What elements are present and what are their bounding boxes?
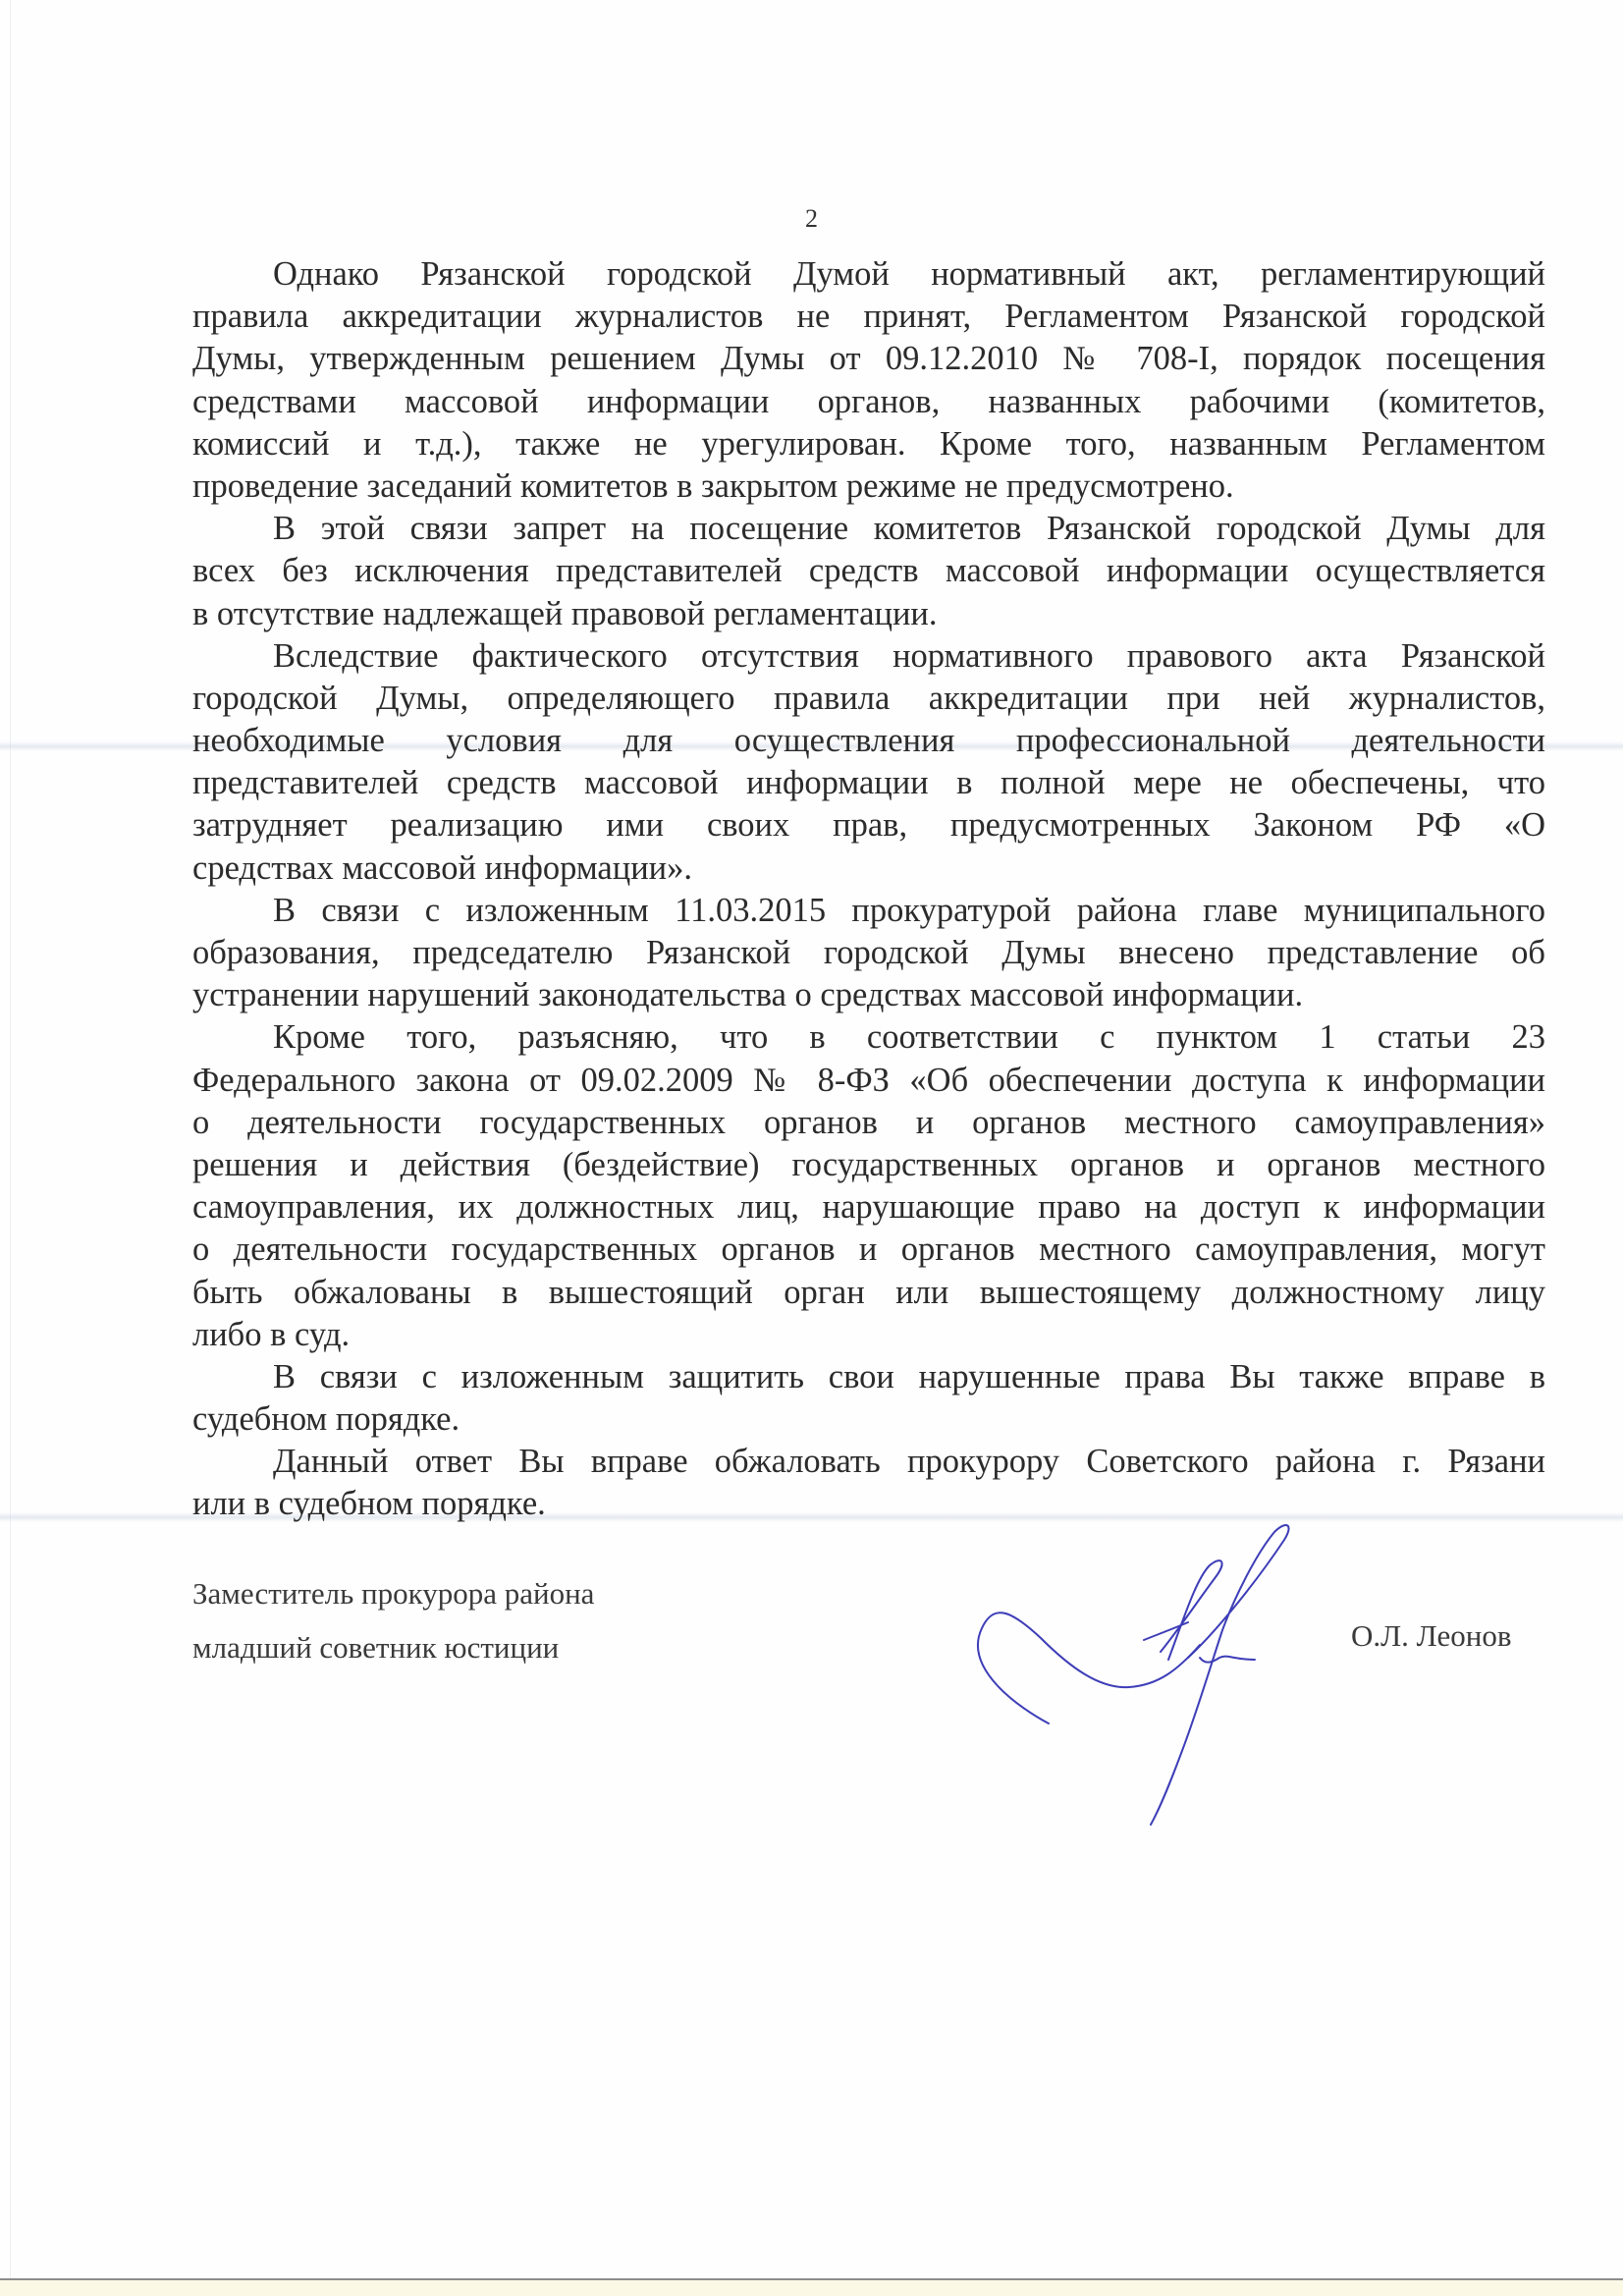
paragraph-line: необходимые условия для осуществления пр… <box>192 720 1545 762</box>
page-number: 2 <box>0 204 1623 234</box>
paragraph-line: средствами массовой информации органов, … <box>192 381 1545 423</box>
paragraph-line: или в судебном порядке. <box>192 1483 1545 1525</box>
paragraph-line: всех без исключения представителей средс… <box>192 550 1545 592</box>
paragraph-first-line: Данный ответ Вы вправе обжаловать прокур… <box>192 1441 1545 1483</box>
signer-rank: младший советник юстиции <box>192 1630 559 1666</box>
letter-body: Однако Рязанской городской Думой нормати… <box>192 253 1545 1526</box>
paragraph-line: о деятельности государственных органов и… <box>192 1102 1545 1144</box>
paragraph-line: о деятельности государственных органов и… <box>192 1229 1545 1271</box>
paragraph-first-line: Кроме того, разъясняю, что в соответстви… <box>192 1016 1545 1059</box>
paragraph-line: правила аккредитации журналистов не прин… <box>192 296 1545 338</box>
paragraph-first-line: В связи с изложенным защитить свои наруш… <box>192 1356 1545 1398</box>
scan-edge <box>10 0 11 2278</box>
paragraph-first-line: В связи с изложенным 11.03.2015 прокурат… <box>192 890 1545 932</box>
scan-bottom-strip <box>0 2280 1623 2296</box>
paragraph-line: затрудняет реализацию ими своих прав, пр… <box>192 804 1545 847</box>
paragraph-line: в отсутствие надлежащей правовой регламе… <box>192 593 1545 635</box>
paragraph-first-line: Вследствие фактического отсутствия норма… <box>192 635 1545 678</box>
paragraph-line: проведение заседаний комитетов в закрыто… <box>192 465 1545 508</box>
handwritten-signature <box>943 1512 1296 1836</box>
signer-position: Заместитель прокурора района <box>192 1576 594 1612</box>
paragraph-line: быть обжалованы в вышестоящий орган или … <box>192 1272 1545 1314</box>
paragraph-line: городской Думы, определяющего правила ак… <box>192 678 1545 720</box>
paragraph-line: либо в суд. <box>192 1314 1545 1356</box>
paragraph-line: решения и действия (бездействие) государ… <box>192 1144 1545 1186</box>
paragraph-line: средствах массовой информации». <box>192 847 1545 890</box>
paragraph-first-line: В этой связи запрет на посещение комитет… <box>192 508 1545 550</box>
paragraph-line: устранении нарушений законодательства о … <box>192 974 1545 1016</box>
document-page: 2 Однако Рязанской городской Думой норма… <box>0 0 1623 2296</box>
paragraph-line: судебном порядке. <box>192 1398 1545 1441</box>
signer-name: О.Л. Леонов <box>1351 1618 1511 1654</box>
paragraph-line: Думы, утвержденным решением Думы от 09.1… <box>192 338 1545 380</box>
paragraph-line: образования, председателю Рязанской горо… <box>192 932 1545 974</box>
paragraph-line: Федерального закона от 09.02.2009 № 8-ФЗ… <box>192 1060 1545 1102</box>
paragraph-line: самоуправления, их должностных лиц, нару… <box>192 1186 1545 1229</box>
paragraph-first-line: Однако Рязанской городской Думой нормати… <box>192 253 1545 296</box>
paragraph-line: представителей средств массовой информац… <box>192 762 1545 804</box>
paragraph-line: комиссий и т.д.), также не урегулирован.… <box>192 423 1545 465</box>
